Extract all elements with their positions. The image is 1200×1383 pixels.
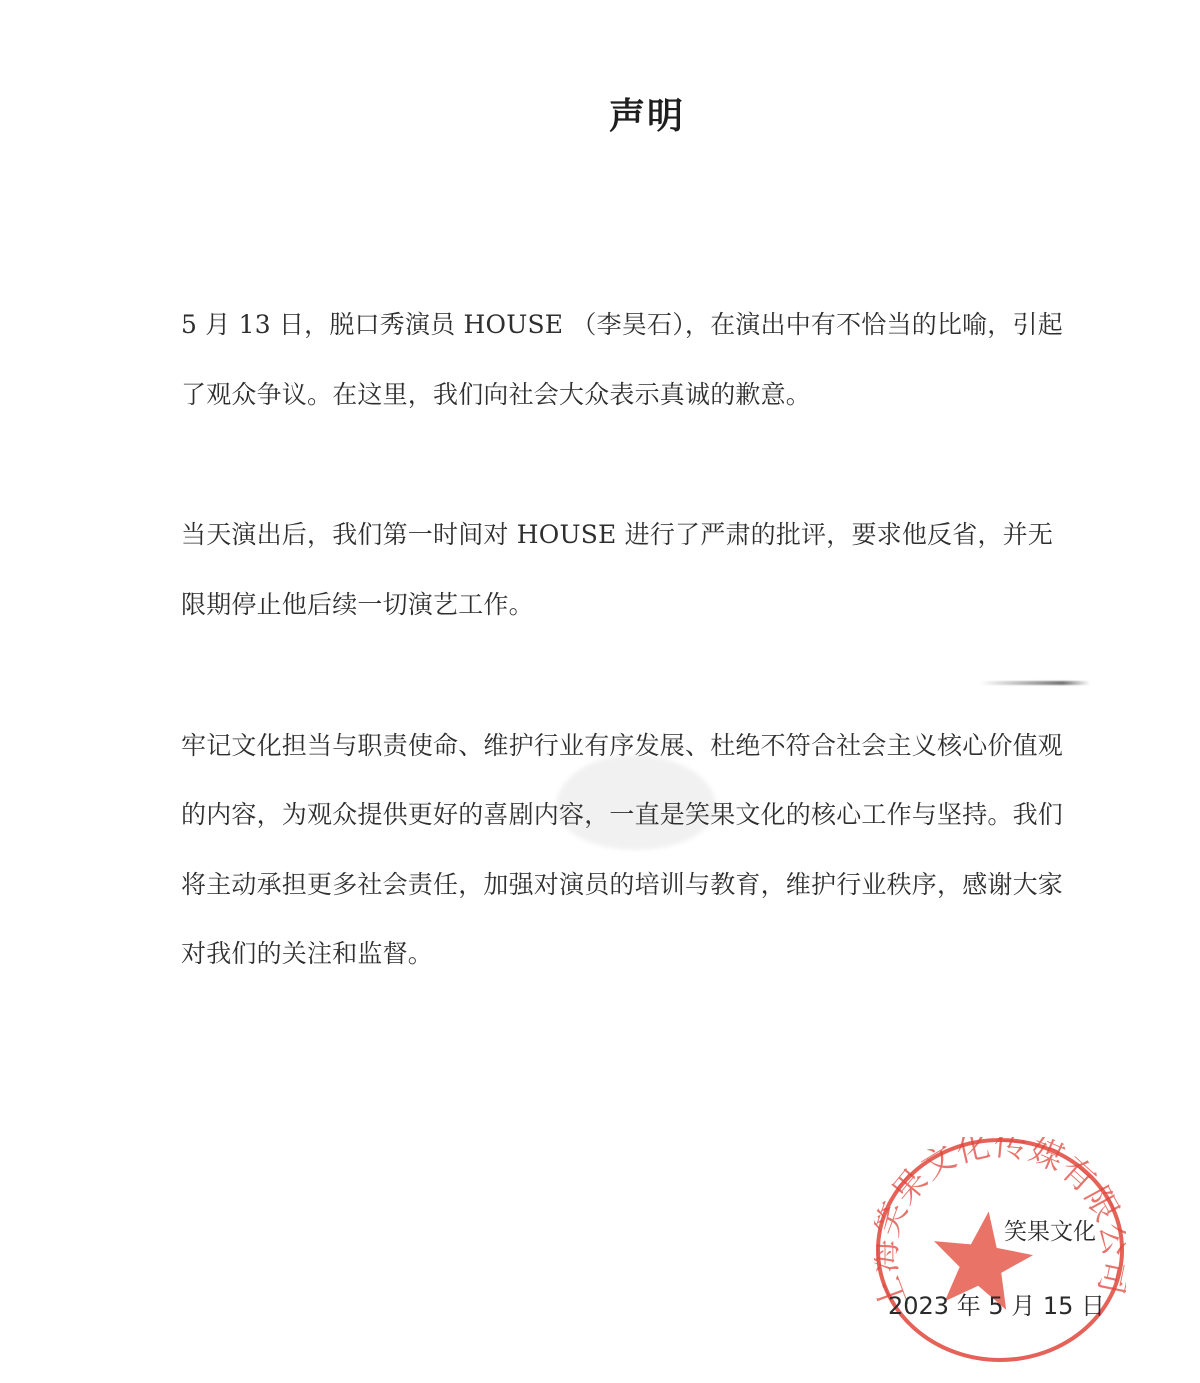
- paragraph-line: 限期停止他后续一切演艺工作。: [181, 590, 534, 620]
- paragraph-line: 当天演出后，我们第一时间对 HOUSE 进行了严肃的批评，要求他反省，并无: [181, 520, 1053, 550]
- company-seal-icon: 上海笑果文化传媒有限公司: [874, 1137, 1126, 1363]
- paragraph-line: 了观众争议。在这里，我们向社会大众表示真诚的歉意。: [181, 380, 811, 410]
- paragraph-line: 对我们的关注和监督。: [181, 939, 433, 969]
- scan-smudge: [980, 681, 1090, 685]
- signature: 笑果文化: [1004, 1213, 1096, 1246]
- paragraph-line: 牢记文化担当与职责使命、维护行业有序发展、杜绝不符合社会主义核心价值观: [181, 731, 1063, 761]
- paragraph-line: 将主动承担更多社会责任，加强对演员的培训与教育，维护行业秩序，感谢大家: [181, 870, 1063, 900]
- document-date: 2023 年 5 月 15 日: [888, 1286, 1105, 1321]
- document-title: 声明: [0, 88, 1200, 139]
- paragraph-line: 的内容，为观众提供更好的喜剧内容，一直是笑果文化的核心工作与坚持。我们: [181, 800, 1063, 830]
- paragraph-line: 5 月 13 日，脱口秀演员 HOUSE （李昊石），在演出中有不恰当的比喻，引…: [181, 310, 1063, 340]
- document-page: 声明 5 月 13 日，脱口秀演员 HOUSE （李昊石），在演出中有不恰当的比…: [0, 0, 1200, 1383]
